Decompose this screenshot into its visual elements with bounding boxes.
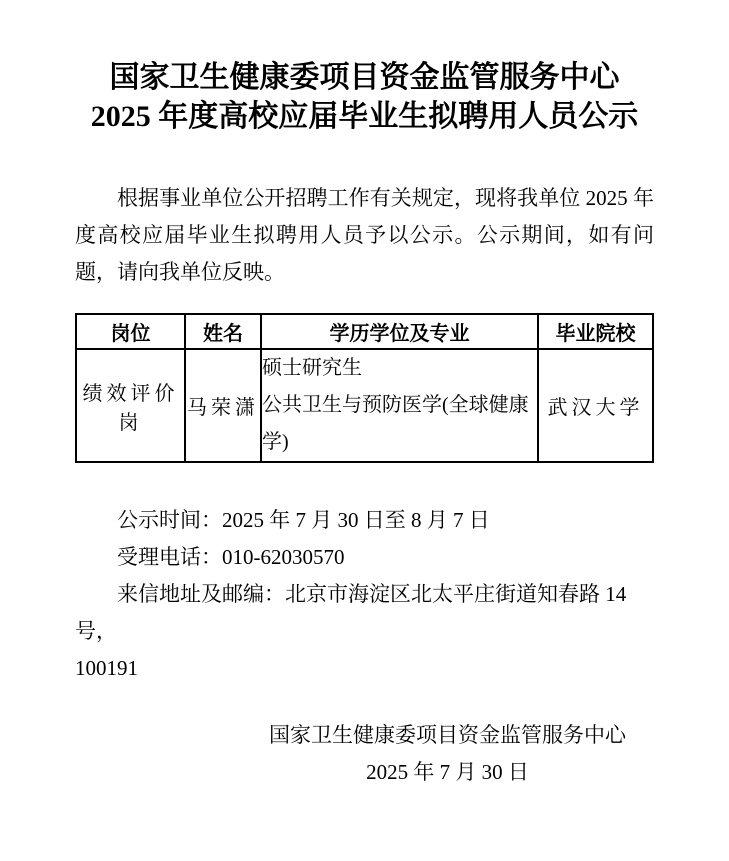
document-title: 国家卫生健康委项目资金监管服务中心 2025 年度高校应届毕业生拟聘用人员公示	[75, 58, 654, 136]
cell-position: 绩效评价岗	[76, 349, 185, 462]
contact-info: 公示时间：2025 年 7 月 30 日至 8 月 7 日 受理电话：010-6…	[75, 502, 654, 687]
cell-school: 武汉大学	[538, 349, 653, 462]
table-row: 绩效评价岗 马荣潇 硕士研究生 公共卫生与预防医学(全球健康学) 武汉大学	[76, 349, 653, 462]
address-line: 来信地址及邮编：北京市海淀区北太平庄街道知春路 14 号，	[75, 576, 654, 650]
column-header-position: 岗位	[76, 314, 185, 349]
cell-degree: 硕士研究生	[262, 350, 537, 387]
table-header-row: 岗位 姓名 学历学位及专业 毕业院校	[76, 314, 653, 349]
phone-line: 受理电话：010-62030570	[75, 539, 654, 576]
cell-name: 马荣潇	[185, 349, 261, 462]
notice-document: 国家卫生健康委项目资金监管服务中心 2025 年度高校应届毕业生拟聘用人员公示 …	[0, 0, 729, 791]
cell-major: 公共卫生与预防医学(全球健康学)	[262, 387, 537, 461]
title-line-2: 2025 年度高校应届毕业生拟聘用人员公示	[75, 97, 654, 136]
column-header-school: 毕业院校	[538, 314, 653, 349]
signature-org: 国家卫生健康委项目资金监管服务中心	[269, 717, 626, 754]
postal-code-line: 100191	[75, 650, 654, 687]
candidates-table: 岗位 姓名 学历学位及专业 毕业院校 绩效评价岗 马荣潇 硕士研究生 公共卫生与…	[75, 313, 654, 463]
intro-paragraph: 根据事业单位公开招聘工作有关规定，现将我单位 2025 年度高校应届毕业生拟聘用…	[75, 180, 654, 291]
signature-block: 国家卫生健康委项目资金监管服务中心 2025 年 7 月 30 日	[75, 717, 626, 791]
publicity-period-line: 公示时间：2025 年 7 月 30 日至 8 月 7 日	[75, 502, 654, 539]
column-header-name: 姓名	[185, 314, 261, 349]
title-line-1: 国家卫生健康委项目资金监管服务中心	[75, 58, 654, 97]
cell-education: 硕士研究生 公共卫生与预防医学(全球健康学)	[261, 349, 538, 462]
signature-date: 2025 年 7 月 30 日	[269, 754, 626, 791]
signature-inner: 国家卫生健康委项目资金监管服务中心 2025 年 7 月 30 日	[269, 717, 626, 791]
column-header-education: 学历学位及专业	[261, 314, 538, 349]
